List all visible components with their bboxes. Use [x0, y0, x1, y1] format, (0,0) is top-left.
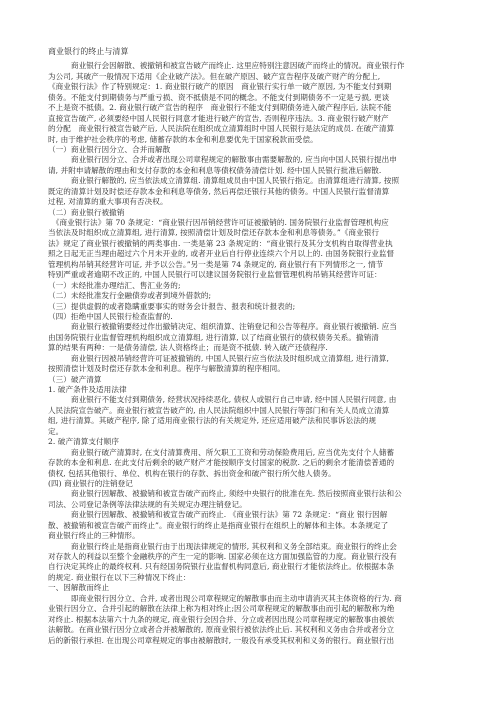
text-line: 定。	[48, 427, 448, 437]
text-line: 直接宣告破产, 必须要经中国人民银行同意才能进行破产的宣告, 否则程序违法。3.…	[48, 114, 448, 124]
text-line: 后的新银行承担. 在出现公司章程规定的事由被解散时, 一般没有承受其权利和义务的…	[48, 636, 448, 646]
text-line: 《商业银行法》第 70 条规定：“商业银行因吊销经营许可证被撤销的. 国务院银行…	[48, 218, 448, 228]
document-body: 商业银行的终止与清算 商业银行会因解散、被撤销和被宣告破产而终止. 这里应特别注…	[48, 47, 448, 646]
text-line: 商业银行解散的, 应当依法成立清算组. 清算组成员由中国人民银行指定。由清算组进…	[48, 176, 448, 186]
text-line: 司法、公司登记条例等法律法规的有关规定办理注销登记。	[48, 500, 448, 510]
text-line: 既定的清算计划及时偿还存款本金和利息等债务, 然后再偿还银行其他的债务。中国人民…	[48, 187, 448, 197]
document-page: 商业银行的终止与清算 商业银行会因解散、被撤销和被宣告破产而终止. 这里应特别注…	[0, 0, 496, 702]
text-line: 过程, 对清算的重大事项有否决权。	[48, 197, 448, 207]
text-line: 2. 破产清算支付顺序	[48, 437, 448, 447]
text-line: 业银行因分立、合并引起的解散在法律上称为相对终止;因公司章程规定的解散事由而引起…	[48, 604, 448, 614]
text-line: 散、被撤销和被宣告破产而终止”。商业银行的终止是指商业银行在组织上的解体和主体。…	[48, 521, 448, 531]
text-line: （一）未经批准办理结汇、售汇业务的;	[48, 281, 448, 291]
text-line: 自行决定其终止的最终权利. 只有经国务院银行业监督机构同意后, 商业银行才能依法…	[48, 562, 448, 572]
text-line: 按照清偿计划及时偿还存款本金和利息。程序与解散清算的程序相同。	[48, 364, 448, 374]
text-line: 1. 破产条件及适用法律	[48, 385, 448, 395]
text-line: 即商业银行因分立、合并, 或者出现公司章程规定的解散事由而主动申请消灭其主体资格…	[48, 594, 448, 604]
text-line: 商业银行不能支付到期债务, 经营状况持续恶化, 债权人或银行自己申请, 经中国人…	[48, 395, 448, 405]
text-line: 债务。不能支付到期债务与严重亏损、资不抵债是不同的概念。不能支付到期债务不一定是…	[48, 93, 448, 103]
text-line: 由国务院银行业监督管理机构组织成立清算组, 进行清算, 以了结商业银行的债权债务…	[48, 333, 448, 343]
text-line: 请, 并附申请解散的理由和支付存款的本金和利息等债权债务清偿计划. 经中国人民银…	[48, 166, 448, 176]
text-line: （二）未经批准发行金融债券或者到境外借款的;	[48, 291, 448, 301]
text-line: 商业银行因解散、被撤销和被宣告破产而终止. 《商业银行法》第 72 条规定：“商…	[48, 510, 448, 520]
text-line: 时, 由于维护社会秩序的考虑, 储蓄存款的本金和利息要优先于国家税款而受偿。	[48, 135, 448, 145]
text-line: （三）提供虚假的或者隐瞒重要事实的财务会计报告、报表和统计报表的;	[48, 302, 448, 312]
text-line: 商业银行破产清算时, 在支付清算费用、所欠职工工资和劳动保险费用后, 应当优先支…	[48, 448, 448, 458]
text-line: 特别严重或者逾期不改正的, 中国人民银行可以建议国务院银行业监督管理机构吊销其经…	[48, 270, 448, 280]
text-line: 商业银行因解散、被撤销和被宣告破产而终止, 须经中央银行的批准在先. 然后按照商…	[48, 489, 448, 499]
text-line: 《商业银行法》作了特别规定：1. 商业银行破产的原因 商业银行实行单一破产原因,…	[48, 82, 448, 92]
text-line: 为公司, 其破产一般情况下适用《企业破产法》。但在破产原因、破产宣告程序及破产财…	[48, 72, 448, 82]
text-line: 人民法院宣告破产。商业银行被宣告破产的, 由人民法院组织中国人民银行等部门和有关…	[48, 406, 448, 416]
document-title: 商业银行的终止与清算	[48, 47, 448, 57]
document-text: 商业银行会因解散、被撤销和被宣告破产而终止. 这里应特别注意因破产而终止的情况。…	[48, 61, 448, 646]
text-line: （一）商业银行因分立、合并而解散	[48, 145, 448, 155]
text-line: 商业银行终止的三种情形。	[48, 531, 448, 541]
text-line: 算的结果有两种：一是债务清偿, 法人资格终止；而是资不抵债. 转入破产还债程序.	[48, 343, 448, 353]
text-line: 商业银行因分立、合并或者出现公司章程规定的解散事由需要解散的, 应当向中国人民银…	[48, 155, 448, 165]
text-line: 商业银行终止是指商业银行由于出现法律规定的情形, 其权利和义务全部结束。商业银行…	[48, 542, 448, 552]
text-line: 对存款人的利益以至整个金融秩序的产生一定的影响. 国家必须在这方面加强监管的力度…	[48, 552, 448, 562]
text-line: 商业银行被撤销要经过作出撤销决定、组织清算、注销登记和公告等程序。商业银行被撤销…	[48, 322, 448, 332]
text-line: 的规定. 商业银行在以下三种情况下终止：	[48, 573, 448, 583]
text-line: （三）破产清算	[48, 375, 448, 385]
text-line: 法解散。在商业银行因分立或者合并被解散的, 原商业银行被依法终止后. 其权利和义…	[48, 625, 448, 635]
text-line: 商业银行会因解散、被撤销和被宣告破产而终止. 这里应特别注意因破产而终止的情况。…	[48, 61, 448, 71]
text-line: 的分配 商业银行被宣告破产后, 人民法院在组织成立清算组时中国人民银行是法定的成…	[48, 124, 448, 134]
text-line: 一、因解散而终止	[48, 583, 448, 593]
text-line: 存款的本金和利息. 在此支付后剩余的破产财产才能按顺序支付国家的税款. 之后的剩…	[48, 458, 448, 468]
text-line: 商业银行因被吊销经营许可证被撤销的, 中国人民银行应当依法及时组织成立清算组, …	[48, 354, 448, 364]
text-line: 照之日起无正当理由超过六个月未开业的, 或者开业后自行停业连续六个月以上的. 由…	[48, 249, 448, 259]
text-line: 管理机构吊销其经营许可证, 并予以公告。”另一类是第 74 条规定的, 商业银行…	[48, 260, 448, 270]
text-line: 不上是资不抵债。2. 商业银行破产宣告的程序 商业银行不能支付到期债务进入破产程…	[48, 103, 448, 113]
text-line: （四）拒绝中国人民银行检查监督的.	[48, 312, 448, 322]
text-line: 对终止. 根据本法第六十九条的规定, 商业银行会因合并、分立或者因出现公司章程规…	[48, 615, 448, 625]
text-line: 组, 进行清算。其破产程序, 除了适用商业银行法的有关规定外, 还应适用破产法和…	[48, 416, 448, 426]
text-line: （二）商业银行被撤销	[48, 208, 448, 218]
text-line: 债权, 包括其他银行、单位、机构在银行的存款、拆出资金和破产银行所欠他人债务。	[48, 469, 448, 479]
text-line: 当依法及时组织成立清算组, 进行清算, 按照清偿计划及时偿还存款本金和利息等债务…	[48, 228, 448, 238]
text-line: 法》规定了商业银行被撤销的两类事由. 一类是第 23 条规定的：“商业银行及其分…	[48, 239, 448, 249]
text-line: (四) 商业银行的注销登记	[48, 479, 448, 489]
